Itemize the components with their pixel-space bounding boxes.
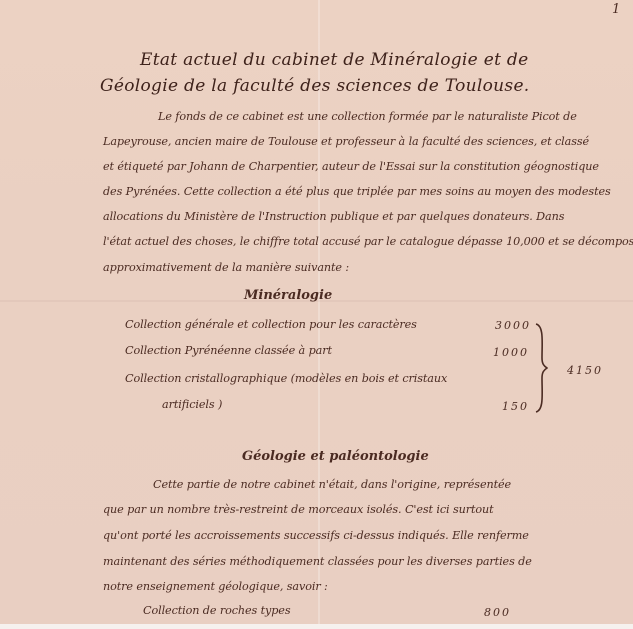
mineral-item-2-label: Collection Pyrénéenne classée à part	[125, 344, 332, 357]
intro-line-4: des Pyrénées. Cette collection a été plu…	[103, 185, 611, 198]
geologie-line-2: que par un nombre très-restreint de morc…	[103, 503, 494, 516]
mineral-item-3-label-cont: artificiels )	[162, 398, 222, 411]
geologie-line-5: notre enseignement géologique, savoir :	[103, 580, 328, 593]
curly-brace-icon	[534, 322, 548, 414]
intro-line-7: approximativement de la manière suivante…	[103, 261, 349, 274]
mineral-item-3-label: Collection cristallographique (modèles e…	[125, 372, 447, 385]
mineral-item-1-label: Collection générale et collection pour l…	[125, 318, 417, 331]
geologie-item-1-label: Collection de roches types	[143, 604, 290, 617]
manuscript-page: 1 Etat actuel du cabinet de Minéralogie …	[0, 0, 633, 624]
geologie-item-1-count: 800	[484, 606, 511, 619]
intro-line-2: Lapeyrouse, ancien maire de Toulouse et …	[103, 135, 589, 148]
section-heading-geologie: Géologie et paléontologie	[242, 449, 429, 464]
folio-number: 1	[612, 2, 620, 17]
mineralogie-total: 4150	[567, 364, 603, 377]
title-line-1: Etat actuel du cabinet de Minéralogie et…	[140, 50, 528, 70]
intro-line-6: l'état actuel des choses, le chiffre tot…	[103, 235, 633, 248]
geologie-line-3: qu'ont porté les accroissements successi…	[103, 529, 529, 542]
mineral-item-2-count: 1000	[493, 346, 529, 359]
intro-line-5: allocations du Ministère de l'Instructio…	[103, 210, 564, 223]
intro-line-1: Le fonds de ce cabinet est une collectio…	[158, 110, 577, 123]
mineral-item-3-count: 150	[502, 400, 529, 413]
section-heading-mineralogie: Minéralogie	[244, 288, 332, 303]
geologie-line-4: maintenant des séries méthodiquement cla…	[103, 555, 532, 568]
geologie-line-1: Cette partie de notre cabinet n'était, d…	[153, 478, 511, 491]
intro-line-3: et étiqueté par Johann de Charpentier, a…	[103, 160, 599, 173]
title-line-2: Géologie de la faculté des sciences de T…	[100, 76, 530, 96]
mineral-item-1-count: 3000	[495, 319, 531, 332]
